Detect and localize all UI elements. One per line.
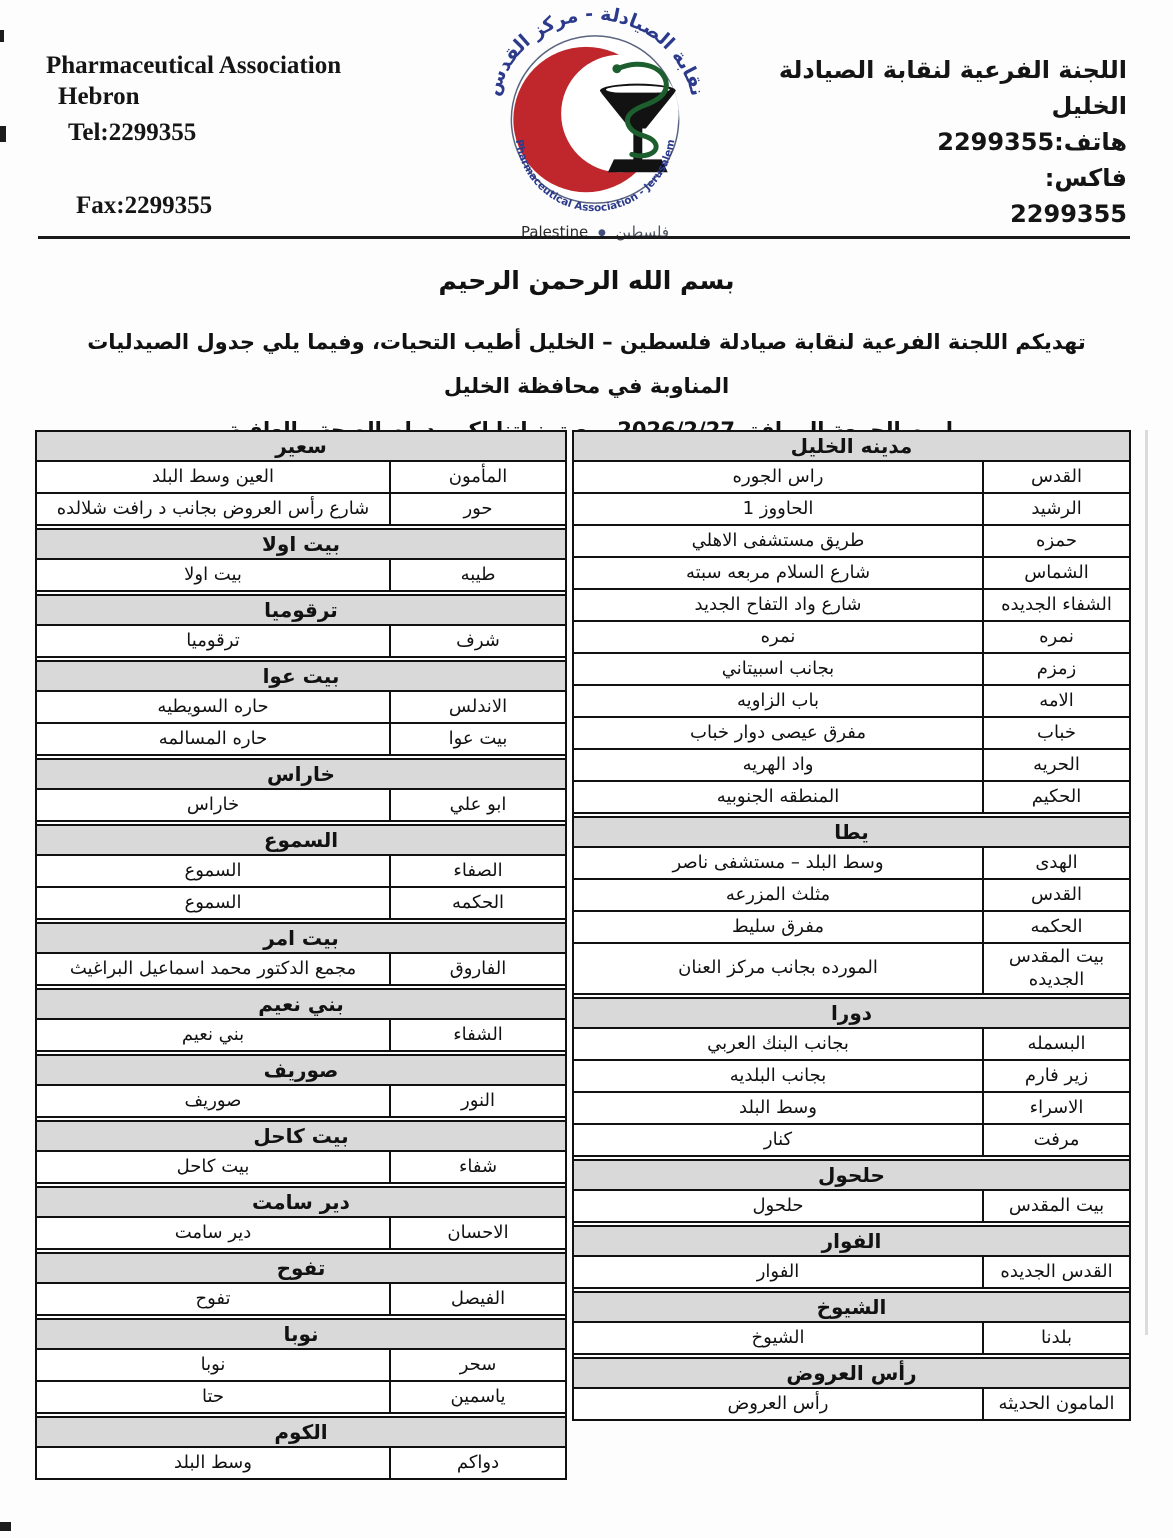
pharmacy-row: القدسراس الجوره [574, 462, 1129, 494]
pharmacy-row: الرشيدالحاووز 1 [574, 494, 1129, 526]
pharmacy-location: وسط البلد – مستشفى ناصر [574, 848, 982, 878]
pharmacy-row: البسملهبجانب البنك العربي [574, 1029, 1129, 1061]
pharmacy-name: الشفاء [389, 1020, 565, 1050]
pharmacy-name: الفاروق [389, 954, 565, 984]
section-header: يطا [574, 816, 1129, 848]
pharmacy-row: نمرهنمره [574, 622, 1129, 654]
pharmacy-location: ترقوميا [37, 626, 389, 656]
pharmacy-location: الشيوخ [574, 1323, 982, 1353]
pharmacy-name: الحكمه [982, 912, 1129, 942]
duty-table-villages: سعيرالمأمونالعين وسط البلدحورشارع رأس ال… [35, 430, 567, 1480]
pharmacy-name: نمره [982, 622, 1129, 652]
pharmacy-location: حلحول [574, 1191, 982, 1221]
scan-artifact [0, 1522, 11, 1531]
pharmacy-location: نمره [574, 622, 982, 652]
scan-artifact [0, 30, 4, 42]
pharmacy-location: السموع [37, 888, 389, 918]
pharmacy-name: المامون الحديثه [982, 1389, 1129, 1419]
pharmacy-location: حاره المسالمه [37, 724, 389, 754]
pharmacy-name: الشفاء الجديده [982, 590, 1129, 620]
pharmacy-name: شرف [389, 626, 565, 656]
pharmacy-name: القدس الجديده [982, 1257, 1129, 1287]
section-header: بني نعيم [37, 988, 565, 1020]
pharmacy-location: صوريف [37, 1086, 389, 1116]
section-header: بيت عوا [37, 660, 565, 692]
section-header: الفوار [574, 1225, 1129, 1257]
pharmacy-name: سحر [389, 1350, 565, 1380]
pharmacy-location: طريق مستشفى الاهلي [574, 526, 982, 556]
section-header: ترقوميا [37, 594, 565, 626]
scan-artifact [0, 126, 6, 142]
pharmacy-location: المنطقه الجنوبيه [574, 782, 982, 812]
duty-table-hebron-city: مدينه الخليلالقدسراس الجورهالرشيدالحاووز… [572, 430, 1131, 1421]
pharmacy-location: بني نعيم [37, 1020, 389, 1050]
pharmacy-name: النور [389, 1086, 565, 1116]
section-header: دورا [574, 997, 1129, 1029]
pharmacy-location: بيت اولا [37, 560, 389, 590]
pharmacy-row: زمزمبجانب اسبيتاني [574, 654, 1129, 686]
pharmacy-name: طيبه [389, 560, 565, 590]
pharmacy-row: شفاءبيت كاحل [37, 1152, 565, 1184]
pharmacy-row: سحرنوبا [37, 1350, 565, 1382]
section-header: صوريف [37, 1054, 565, 1086]
pharmacy-name: خباب [982, 718, 1129, 748]
association-logo-svg: نقابة الصيادلة - مركز القدس Pharmaceutic… [468, 2, 722, 246]
pharmacy-location: كنار [574, 1125, 982, 1155]
pharmacy-row: القدسمثلث المزرعه [574, 880, 1129, 912]
pharmacy-row: الامهباب الزاويه [574, 686, 1129, 718]
pharmacy-name: الهدى [982, 848, 1129, 878]
pharmacy-location: رأس العروض [574, 1389, 982, 1419]
pharmacy-name: الحريه [982, 750, 1129, 780]
letterhead-divider [38, 236, 1130, 239]
association-logo: نقابة الصيادلة - مركز القدس Pharmaceutic… [468, 2, 722, 246]
pharmacy-row: حورشارع رأس العروض بجانب د رافت شلالده [37, 494, 565, 526]
pharmacy-location: بجانب البنك العربي [574, 1029, 982, 1059]
pharmacy-name: ابو علي [389, 790, 565, 820]
document-page: Pharmaceutical Association Hebron Tel:22… [0, 0, 1173, 1538]
pharmacy-row: زير فارمبجانب البلديه [574, 1061, 1129, 1093]
intro-line-1: تهديكم اللجنة الفرعية لنقابة صيادلة فلسط… [55, 320, 1118, 408]
pharmacy-row: الشفاءبني نعيم [37, 1020, 565, 1052]
pharmacy-row: ابو عليخاراس [37, 790, 565, 822]
pharmacy-row: بيت المقدسحلحول [574, 1191, 1129, 1223]
section-header: خاراس [37, 758, 565, 790]
pharmacy-name: حمزه [982, 526, 1129, 556]
pharmacy-location: وسط البلد [37, 1448, 389, 1478]
pharmacy-row: المأمونالعين وسط البلد [37, 462, 565, 494]
pharmacy-name: حور [389, 494, 565, 524]
pharmacy-location: خاراس [37, 790, 389, 820]
city-en: Hebron [58, 81, 341, 112]
pharmacy-row: ياسمينحتا [37, 1382, 565, 1414]
pharmacy-row: دواكموسط البلد [37, 1448, 565, 1478]
pharmacy-name: بيت المقدس [982, 1191, 1129, 1221]
city-ar: الخليل [779, 88, 1127, 124]
pharmacy-row: النورصوريف [37, 1086, 565, 1118]
pharmacy-location: حاره السويطيه [37, 692, 389, 722]
pharmacy-location: باب الزاويه [574, 686, 982, 716]
paper-edge-shadow [1145, 430, 1148, 1335]
pharmacy-row: الصفاءالسموع [37, 856, 565, 888]
pharmacy-name: الحكيم [982, 782, 1129, 812]
pharmacy-location: بجانب البلديه [574, 1061, 982, 1091]
pharmacy-location: راس الجوره [574, 462, 982, 492]
pharmacy-row: طيبهبيت اولا [37, 560, 565, 592]
pharmacy-name: البسمله [982, 1029, 1129, 1059]
pharmacy-name: ياسمين [389, 1382, 565, 1412]
pharmacy-row: الاسراءوسط البلد [574, 1093, 1129, 1125]
pharmacy-location: بجانب اسبيتاني [574, 654, 982, 684]
letterhead-arabic: اللجنة الفرعية لنقابة الصيادلة الخليل ها… [779, 52, 1127, 232]
pharmacy-row: الحريهواد الهريه [574, 750, 1129, 782]
pharmacy-location: شارع رأس العروض بجانب د رافت شلالده [37, 494, 389, 524]
section-header: مدينه الخليل [574, 432, 1129, 462]
pharmacy-row: شرفترقوميا [37, 626, 565, 658]
pharmacy-row: الشماسشارع السلام مربعه سبته [574, 558, 1129, 590]
pharmacy-name: بيت عوا [389, 724, 565, 754]
pharmacy-row: الاحساندير سامت [37, 1218, 565, 1250]
pharmacy-location: مفرق عيصى دوار خباب [574, 718, 982, 748]
pharmacy-row: الفيصلتفوح [37, 1284, 565, 1316]
pharmacy-location: شارع السلام مربعه سبته [574, 558, 982, 588]
pharmacy-location: واد الهريه [574, 750, 982, 780]
pharmacy-name: الاسراء [982, 1093, 1129, 1123]
section-header: دير سامت [37, 1186, 565, 1218]
tel-en: Tel:2299355 [68, 117, 341, 148]
section-header: سعير [37, 432, 565, 462]
pharmacy-location: وسط البلد [574, 1093, 982, 1123]
pharmacy-row: الحكيمالمنطقه الجنوبيه [574, 782, 1129, 814]
letterhead-english: Pharmaceutical Association Hebron Tel:22… [46, 50, 341, 221]
section-header: الكوم [37, 1416, 565, 1448]
section-header: حلحول [574, 1159, 1129, 1191]
basmala-text: بسم الله الرحمن الرحيم [0, 266, 1173, 295]
fax-number-ar: 2299355 [779, 196, 1127, 232]
pharmacy-location: شارع واد التفاح الجديد [574, 590, 982, 620]
section-header: رأس العروض [574, 1357, 1129, 1389]
pharmacy-name: بيت المقدس الجديده [982, 944, 1129, 993]
pharmacy-location: المورده بجانب مركز العنان [574, 944, 982, 993]
section-header: بيت امر [37, 922, 565, 954]
pharmacy-location: مجمع الدكتور محمد اسماعيل البراغيث [37, 954, 389, 984]
pharmacy-location: الفوار [574, 1257, 982, 1287]
pharmacy-row: بلدناالشيوخ [574, 1323, 1129, 1355]
pharmacy-location: العين وسط البلد [37, 462, 389, 492]
pharmacy-row: القدس الجديدهالفوار [574, 1257, 1129, 1289]
section-header: بيت كاحل [37, 1120, 565, 1152]
pharmacy-row: الاندلسحاره السويطيه [37, 692, 565, 724]
section-header: نوبا [37, 1318, 565, 1350]
pharmacy-name: بلدنا [982, 1323, 1129, 1353]
pharmacy-location: مفرق سليط [574, 912, 982, 942]
pharmacy-name: زمزم [982, 654, 1129, 684]
pharmacy-name: الاحسان [389, 1218, 565, 1248]
section-header: بيت اولا [37, 528, 565, 560]
pharmacy-location: مثلث المزرعه [574, 880, 982, 910]
pharmacy-row: حمزهطريق مستشفى الاهلي [574, 526, 1129, 558]
pharmacy-name: القدس [982, 462, 1129, 492]
pharmacy-name: القدس [982, 880, 1129, 910]
pharmacy-location: الحاووز 1 [574, 494, 982, 524]
section-header: الشيوخ [574, 1291, 1129, 1323]
pharmacy-name: دواكم [389, 1448, 565, 1478]
pharmacy-row: الحكمهمفرق سليط [574, 912, 1129, 944]
pharmacy-location: حتا [37, 1382, 389, 1412]
pharmacy-row: الشفاء الجديدهشارع واد التفاح الجديد [574, 590, 1129, 622]
section-header: السموع [37, 824, 565, 856]
pharmacy-name: المأمون [389, 462, 565, 492]
pharmacy-name: مرفت [982, 1125, 1129, 1155]
pharmacy-name: الحكمه [389, 888, 565, 918]
pharmacy-name: الصفاء [389, 856, 565, 886]
pharmacy-location: دير سامت [37, 1218, 389, 1248]
pharmacy-row: الهدىوسط البلد – مستشفى ناصر [574, 848, 1129, 880]
pharmacy-name: الفيصل [389, 1284, 565, 1314]
pharmacy-row: بيت عواحاره المسالمه [37, 724, 565, 756]
committee-name-ar: اللجنة الفرعية لنقابة الصيادلة [779, 52, 1127, 88]
pharmacy-row: خبابمفرق عيصى دوار خباب [574, 718, 1129, 750]
section-header: تفوح [37, 1252, 565, 1284]
pharmacy-name: الامه [982, 686, 1129, 716]
pharmacy-location: تفوح [37, 1284, 389, 1314]
pharmacy-row: بيت المقدس الجديدهالمورده بجانب مركز الع… [574, 944, 1129, 995]
pharmacy-name: الشماس [982, 558, 1129, 588]
pharmacy-name: شفاء [389, 1152, 565, 1182]
phone-ar: هاتف:2299355 [779, 124, 1127, 160]
pharmacy-row: المامون الحديثهرأس العروض [574, 1389, 1129, 1419]
pharmacy-location: السموع [37, 856, 389, 886]
fax-en: Fax:2299355 [76, 190, 341, 221]
pharmacy-location: بيت كاحل [37, 1152, 389, 1182]
pharmacy-location: نوبا [37, 1350, 389, 1380]
pharmacy-name: الرشيد [982, 494, 1129, 524]
pharmacy-name: الاندلس [389, 692, 565, 722]
association-name-en: Pharmaceutical Association [46, 50, 341, 81]
pharmacy-name: زير فارم [982, 1061, 1129, 1091]
pharmacy-row: الفاروقمجمع الدكتور محمد اسماعيل البراغي… [37, 954, 565, 986]
fax-label-ar: فاكس: [779, 160, 1127, 196]
pharmacy-row: الحكمهالسموع [37, 888, 565, 920]
pharmacy-row: مرفتكنار [574, 1125, 1129, 1157]
